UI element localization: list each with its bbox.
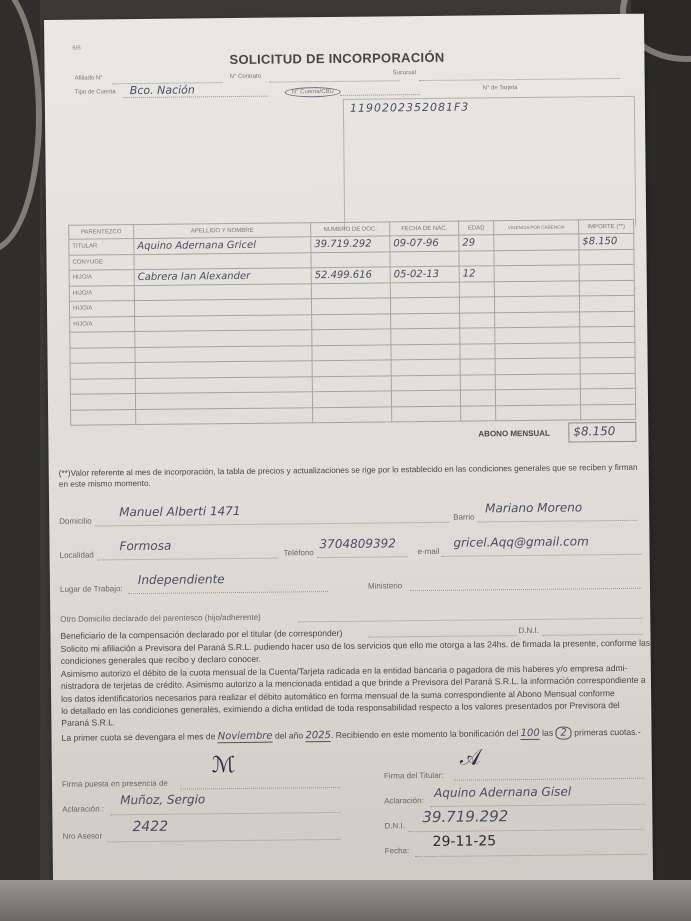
cell-nac[interactable] — [390, 282, 459, 298]
cuota-anio-label: del año — [275, 730, 303, 740]
abono-value[interactable]: $8.150 — [573, 424, 615, 438]
cell-parentezco: HIJO/A — [70, 316, 135, 332]
cell-nac[interactable]: 09-07-96 — [390, 235, 459, 251]
abono-label: ABONO MENSUAL — [478, 429, 550, 439]
titular-label: Firma del Titular: — [384, 771, 444, 781]
telefono-label: Teléfono — [284, 548, 314, 557]
cell-vigencia[interactable] — [495, 342, 580, 358]
witness-signature: ℳ — [212, 753, 236, 778]
cuota-anio-value[interactable]: 2025 — [305, 730, 331, 742]
col-vigencia: VIGENCIA POR CARENCIA — [494, 220, 579, 235]
cell-vigencia[interactable] — [495, 389, 580, 405]
cell-doc[interactable] — [312, 344, 391, 360]
cuota-middle: . Recibiendo en este momento la bonifica… — [331, 728, 518, 740]
tipo-cuenta-line — [123, 96, 268, 99]
cell-nombre[interactable]: Aquino Adernana Gricel — [134, 237, 311, 254]
form-sheet: 6/6 SOLICITUD DE INCORPORACIÓN Afiliado … — [44, 14, 653, 900]
cell-importe[interactable] — [579, 249, 634, 265]
afiliado-label: Afiliado N° — [75, 75, 103, 81]
cell-nombre[interactable] — [135, 345, 312, 362]
cell-vigencia[interactable] — [494, 249, 579, 265]
cell-nac[interactable] — [391, 375, 460, 391]
cell-nombre[interactable] — [135, 392, 312, 409]
email-label: e-mail — [418, 547, 440, 556]
sucursal-field[interactable] — [420, 78, 620, 81]
cell-doc[interactable] — [312, 360, 391, 376]
cell-importe[interactable] — [580, 342, 635, 358]
domicilio-value[interactable]: Manuel Alberti 1471 — [119, 504, 240, 519]
cell-vigencia[interactable] — [495, 373, 580, 389]
trabajo-line — [128, 591, 328, 594]
bonificacion-value[interactable]: 100 — [521, 728, 540, 740]
email-value[interactable]: gricel.Aqq@gmail.com — [453, 534, 588, 549]
cell-importe[interactable]: $8.150 — [579, 233, 634, 249]
cell-vigencia[interactable] — [494, 265, 579, 281]
cell-edad[interactable] — [460, 359, 495, 375]
cell-edad[interactable] — [459, 297, 494, 313]
cell-parentezco: TITULAR — [69, 239, 134, 255]
localidad-label: Localidad — [60, 551, 94, 560]
col-parentezco: PARENTEZCO — [69, 225, 134, 240]
barrio-value[interactable]: Mariano Moreno — [485, 500, 582, 515]
cell-nac[interactable] — [391, 313, 460, 329]
cell-importe[interactable] — [580, 311, 635, 327]
trabajo-label: Lugar de Trabajo: — [60, 584, 123, 594]
cell-edad[interactable] — [460, 374, 495, 390]
cell-parentezco: HIJO/A — [69, 301, 134, 317]
titular-signature: 𝒜 — [460, 745, 481, 770]
tarjeta-value[interactable]: 1190202352081F3 — [350, 101, 469, 115]
cell-nombre[interactable] — [135, 314, 312, 331]
asesor-label: Nro Asesor — [63, 831, 103, 840]
cuota-las-label: las — [542, 728, 553, 738]
ministerio-field[interactable] — [410, 588, 642, 591]
cell-importe[interactable] — [581, 404, 636, 420]
domicilio-label: Domicilio — [59, 517, 92, 526]
table-surface — [0, 880, 691, 921]
cell-nac[interactable] — [391, 390, 460, 406]
presencia-field[interactable] — [180, 787, 340, 790]
tarjeta-box: 1190202352081F3 — [343, 96, 636, 230]
cell-parentezco — [70, 363, 135, 379]
cell-edad[interactable] — [460, 390, 495, 406]
cuenta-cbu-label: N° Cuenta/CBU — [285, 87, 341, 98]
tarjeta-label: N° de Tarjeta — [483, 85, 518, 91]
cell-nombre[interactable] — [135, 376, 312, 393]
fecha-value[interactable]: 29-11-25 — [433, 833, 497, 850]
sucursal-label: Sucursal — [393, 70, 416, 76]
cell-nombre[interactable] — [134, 299, 311, 316]
cell-nac[interactable] — [391, 344, 460, 360]
cell-nac[interactable] — [390, 251, 459, 267]
cell-parentezco — [71, 409, 136, 425]
legal-text: Solicito mi afiliación a Previsora del P… — [61, 637, 652, 730]
cell-importe[interactable] — [580, 373, 635, 389]
cell-importe[interactable] — [579, 264, 634, 280]
cell-edad[interactable] — [460, 328, 495, 344]
cell-nombre[interactable] — [135, 330, 312, 347]
localidad-value[interactable]: Formosa — [119, 539, 171, 554]
aclaracion-left-label: Aclaración : — [62, 804, 104, 813]
page-marker: 6/6 — [72, 46, 80, 52]
presencia-label: Firma puesta en presencia de — [62, 779, 168, 789]
contrato-field[interactable] — [270, 80, 400, 82]
cell-doc[interactable] — [311, 298, 390, 314]
aclaracion-right-line — [430, 804, 644, 807]
cell-importe[interactable] — [580, 326, 635, 342]
cell-edad[interactable] — [461, 405, 496, 421]
col-nac: FECHA DE NAC. — [390, 221, 459, 236]
cell-parentezco: CONYUGE — [69, 254, 134, 270]
telefono-line — [318, 556, 408, 558]
cell-vigencia[interactable] — [496, 404, 581, 420]
fecha-line — [415, 854, 647, 857]
tipo-cuenta-value[interactable]: Bco. Nación — [130, 83, 195, 97]
cell-nombre[interactable] — [135, 361, 312, 378]
cell-edad[interactable] — [460, 312, 495, 328]
cell-nac[interactable] — [391, 359, 460, 375]
cell-importe[interactable] — [580, 357, 635, 373]
price-note: (**)Valor referente al mes de incorporac… — [59, 462, 649, 490]
col-importe: IMPORTE (**) — [579, 219, 634, 234]
cell-nac[interactable]: 05-02-13 — [390, 266, 459, 282]
col-edad: EDAD — [459, 221, 494, 235]
cell-parentezco — [70, 332, 135, 348]
cell-parentezco: HIJO/A — [69, 270, 134, 286]
family-table: PARENTEZCO APELLIDO Y NOMBRE NUMERO DE D… — [68, 219, 636, 426]
ministerio-label: Ministerio — [368, 581, 402, 590]
cuota-prefix: La primer cuota se devengara el mes de — [61, 731, 215, 743]
dni-line — [409, 829, 645, 832]
cell-vigencia[interactable] — [495, 311, 580, 327]
cell-edad[interactable] — [460, 343, 495, 359]
cuotas-value[interactable]: 2 — [555, 727, 572, 740]
cell-doc[interactable]: 39.719.292 — [311, 236, 390, 252]
header-row-2: Tipo de Cuenta Bco. Nación N° Cuenta/CBU… — [75, 84, 625, 90]
col-doc: NUMERO DE DOC. — [311, 222, 390, 237]
aclaracion-left-value[interactable]: Muñoz, Sergio — [120, 792, 205, 807]
otro-domicilio-field[interactable] — [298, 618, 642, 623]
cell-doc[interactable] — [311, 282, 390, 298]
cell-edad[interactable]: 29 — [459, 235, 494, 251]
cell-doc[interactable] — [312, 391, 391, 407]
cuota-suffix: primeras cuotas.- — [574, 727, 640, 738]
cell-importe[interactable] — [579, 280, 634, 296]
cuenta-cbu-field[interactable] — [340, 94, 420, 96]
otro-domicilio-label: Otro Domicilio declarado del parentesco … — [60, 613, 261, 624]
titular-signature-field[interactable] — [454, 778, 644, 781]
abono-box: $8.150 — [568, 422, 636, 443]
cell-doc[interactable] — [312, 375, 391, 391]
cell-nac[interactable] — [390, 297, 459, 313]
header-row: Afiliado N° N° Contrato Sucursal — [75, 70, 625, 76]
cell-parentezco — [70, 378, 135, 394]
cell-importe[interactable] — [579, 295, 634, 311]
aclaracion-right-value[interactable]: Aquino Adernana Gisel — [434, 785, 571, 800]
asesor-value[interactable]: 2422 — [132, 819, 168, 835]
barrio-label: Barrio — [453, 513, 474, 522]
trabajo-value[interactable]: Independiente — [138, 572, 225, 587]
dni-value[interactable]: 39.719.292 — [422, 807, 508, 826]
cell-nac[interactable] — [392, 406, 461, 422]
cell-vigencia[interactable] — [494, 280, 579, 296]
cell-parentezco — [70, 347, 135, 363]
cell-nombre[interactable]: Cabrera Ian Alexander — [134, 268, 311, 285]
cell-doc[interactable] — [312, 313, 391, 329]
form-title: SOLICITUD DE INCORPORACIÓN — [229, 50, 444, 67]
cell-doc[interactable] — [312, 329, 391, 345]
cell-parentezco: HIJO/A — [69, 285, 134, 301]
cell-vigencia[interactable] — [495, 358, 580, 374]
cell-edad[interactable] — [459, 281, 494, 297]
cell-nombre[interactable] — [136, 407, 313, 424]
cell-doc[interactable] — [311, 251, 390, 267]
domicilio-line — [94, 522, 449, 527]
aclaracion-left-line — [110, 812, 340, 815]
telefono-value[interactable]: 3704809392 — [319, 536, 396, 551]
cell-nombre[interactable] — [134, 252, 311, 269]
cell-vigencia[interactable] — [495, 327, 580, 343]
cell-parentezco — [70, 394, 135, 410]
cuota-mes-value[interactable]: Noviembre — [218, 731, 273, 744]
cell-doc[interactable] — [313, 406, 392, 422]
email-line — [442, 554, 642, 557]
cell-nombre[interactable] — [134, 283, 311, 300]
barrio-line — [477, 520, 637, 523]
contrato-label: N° Contrato — [230, 74, 261, 80]
cell-edad[interactable]: 12 — [459, 266, 494, 282]
beneficiario-dni-label: D.N.I. — [518, 626, 539, 635]
cell-importe[interactable] — [580, 388, 635, 404]
cell-vigencia[interactable] — [494, 296, 579, 312]
asesor-line — [108, 839, 341, 842]
dni-label: D.N.I. — [384, 821, 405, 830]
localidad-line — [98, 558, 278, 561]
cell-nac[interactable] — [391, 328, 460, 344]
tipo-cuenta-label: Tipo de Cuenta — [75, 89, 116, 95]
fecha-label: Fecha: — [385, 846, 410, 855]
cell-edad[interactable] — [459, 250, 494, 266]
cell-doc[interactable]: 52.499.616 — [311, 267, 390, 283]
aclaracion-right-label: Aclaración: — [384, 796, 424, 805]
cell-vigencia[interactable] — [494, 234, 579, 250]
